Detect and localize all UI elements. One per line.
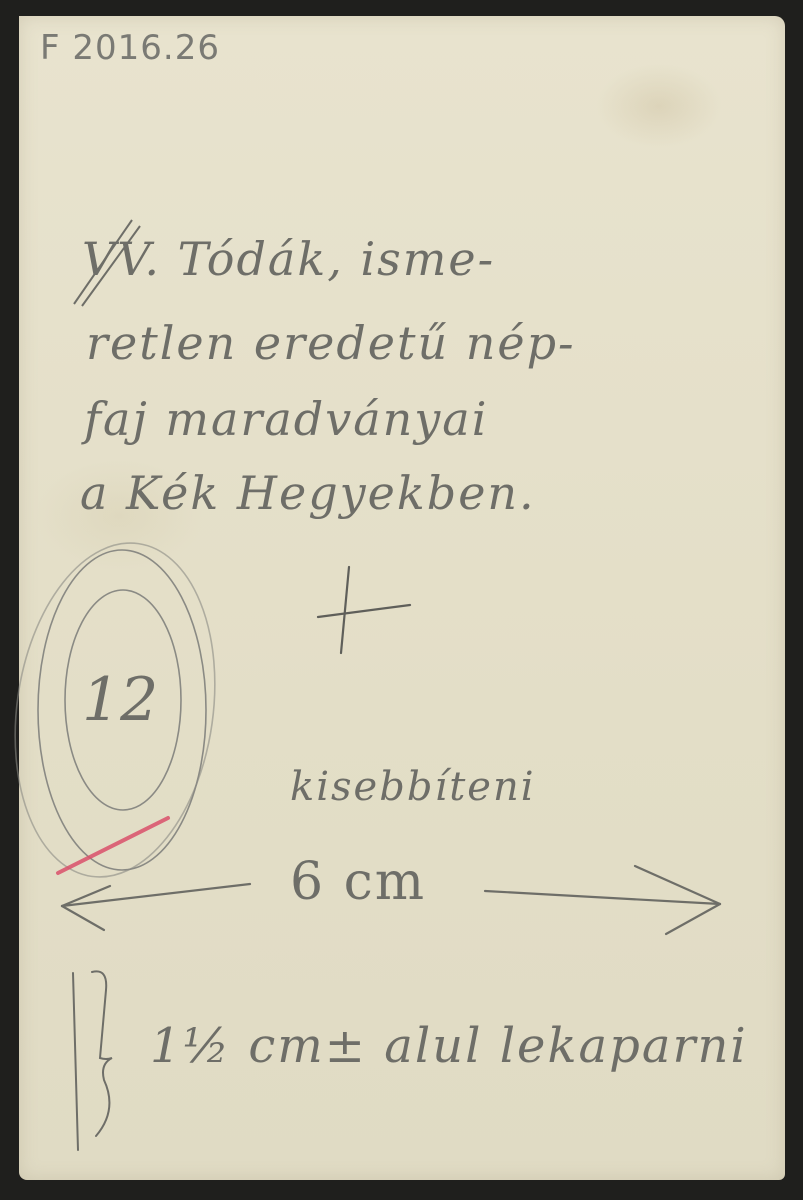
caption-line-2: retlen eredetű nép- (86, 316, 576, 370)
width-instruction: 6 cm (290, 852, 426, 912)
strikethrough-marks (72, 218, 142, 308)
archival-card (19, 16, 785, 1180)
inventory-number: F 2016.26 (40, 28, 220, 68)
circled-number: 12 (82, 665, 158, 735)
bottom-instruction: 1½ cm± alul lekaparni (150, 1018, 748, 1074)
reduce-instruction: kisebbíteni (290, 764, 536, 810)
caption-line-4: a Kék Hegyekben. (80, 466, 536, 520)
struck-prefix: VV. (82, 232, 161, 286)
caption-line-3: faj maradványai (84, 392, 488, 446)
caption-line-1: VV. Tódák, isme- (82, 232, 495, 286)
